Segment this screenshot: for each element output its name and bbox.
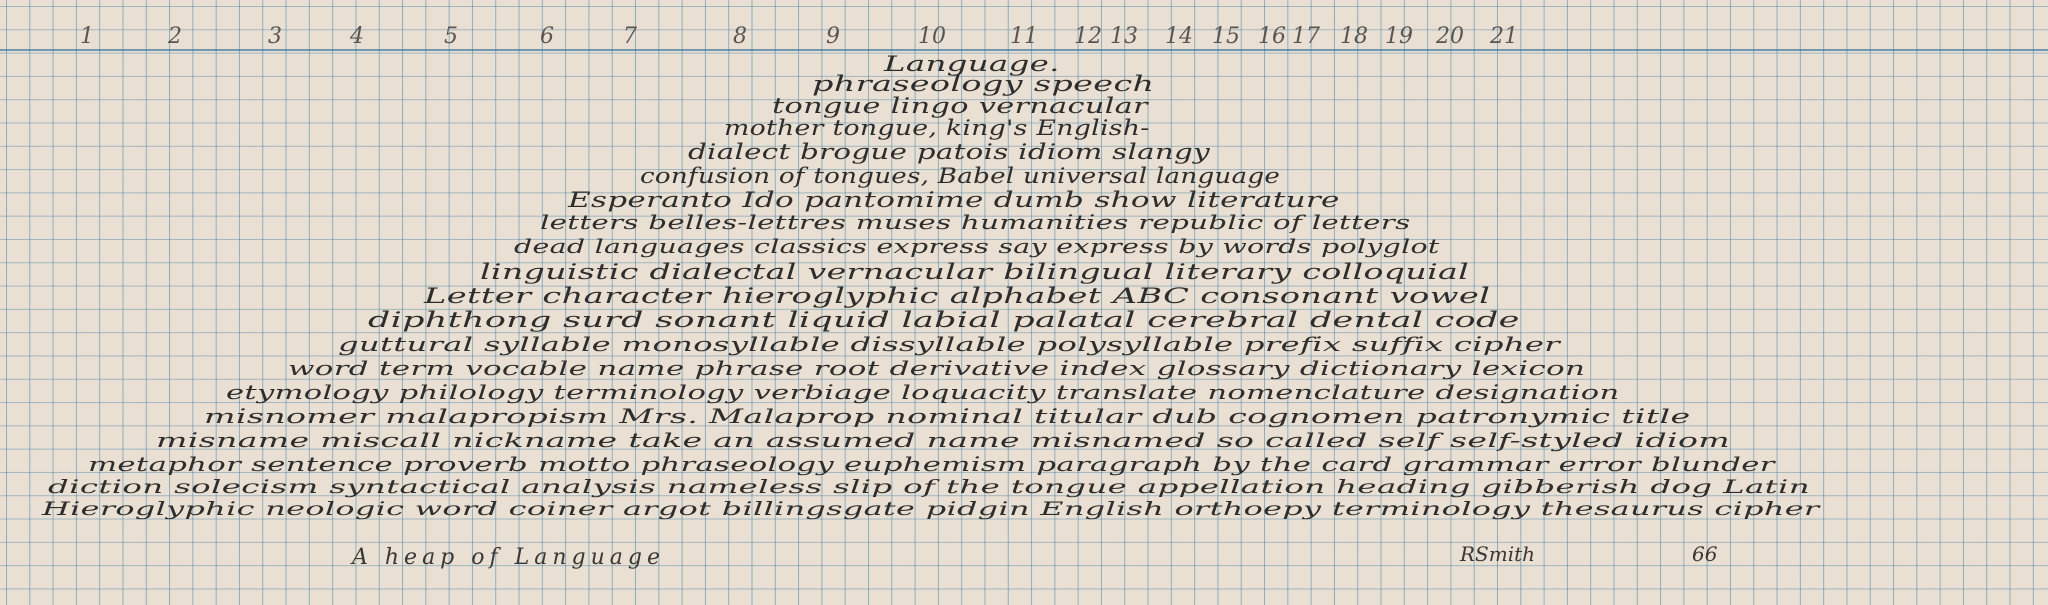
column-number: 13 <box>1110 24 1138 49</box>
heap-line: Letter character hieroglyphic alphabet A… <box>424 284 1490 308</box>
column-number: 17 <box>1292 24 1320 49</box>
signature: RSmith <box>1460 542 1535 566</box>
heap-line: dead languages classics express say expr… <box>514 234 1440 258</box>
column-number-ruler: 1 2 3 4 5 6 7 8 9 10 11 12 13 14 15 16 1… <box>0 8 2048 48</box>
heap-line: word term vocable name phrase root deriv… <box>288 356 1585 380</box>
heap-line: mother tongue, king's English- <box>724 116 1150 140</box>
column-number: 20 <box>1436 24 1464 49</box>
heap-line: misnomer malapropism Mrs. Malaprop nomin… <box>204 404 1691 428</box>
heap-line: Esperanto Ido pantomime dumb show litera… <box>568 188 1340 212</box>
caption-title: A heap of Language <box>352 545 665 570</box>
column-number: 1 <box>80 24 94 49</box>
column-number: 8 <box>733 24 747 49</box>
heap-line: metaphor sentence proverb motto phraseol… <box>88 452 1775 476</box>
heap-line: diction solecism syntactical analysis na… <box>48 476 1810 498</box>
heap-line: guttural syllable monosyllable dissyllab… <box>338 332 1560 356</box>
date-year: 66 <box>1692 542 1717 566</box>
heap-line: confusion of tongues, Babel universal la… <box>640 164 1280 188</box>
column-number: 5 <box>444 24 458 49</box>
column-number: 6 <box>540 24 554 49</box>
ruler-divider-line <box>0 49 2048 51</box>
column-number: 16 <box>1258 24 1286 49</box>
heap-line: linguistic dialectal vernacular bilingua… <box>480 260 1469 284</box>
heap-line: letters belles-lettres muses humanities … <box>540 210 1410 234</box>
column-number: 4 <box>350 24 364 49</box>
heap-line: etymology philology terminology verbiage… <box>226 380 1619 404</box>
heap-line: diphthong surd sonant liquid labial pala… <box>368 308 1520 332</box>
heap-line: misname miscall nickname take an assumed… <box>156 428 1730 452</box>
column-number: 3 <box>268 24 282 49</box>
column-number: 11 <box>1010 24 1038 49</box>
column-number: 7 <box>623 24 637 49</box>
heap-line: tongue lingo vernacular <box>772 94 1148 118</box>
column-number: 19 <box>1385 24 1413 49</box>
column-number: 18 <box>1340 24 1368 49</box>
column-number: 12 <box>1074 24 1102 49</box>
column-number: 14 <box>1165 24 1193 49</box>
column-number: 2 <box>168 24 182 49</box>
heap-line: dialect brogue patois idiom slangy <box>688 140 1210 164</box>
column-number: 21 <box>1490 24 1518 49</box>
column-number: 10 <box>918 24 946 49</box>
column-number: 15 <box>1212 24 1240 49</box>
column-number: 9 <box>826 24 840 49</box>
heap-line: phraseology speech <box>812 72 1154 96</box>
heap-line: Hieroglyphic neologic word coiner argot … <box>42 498 1819 520</box>
